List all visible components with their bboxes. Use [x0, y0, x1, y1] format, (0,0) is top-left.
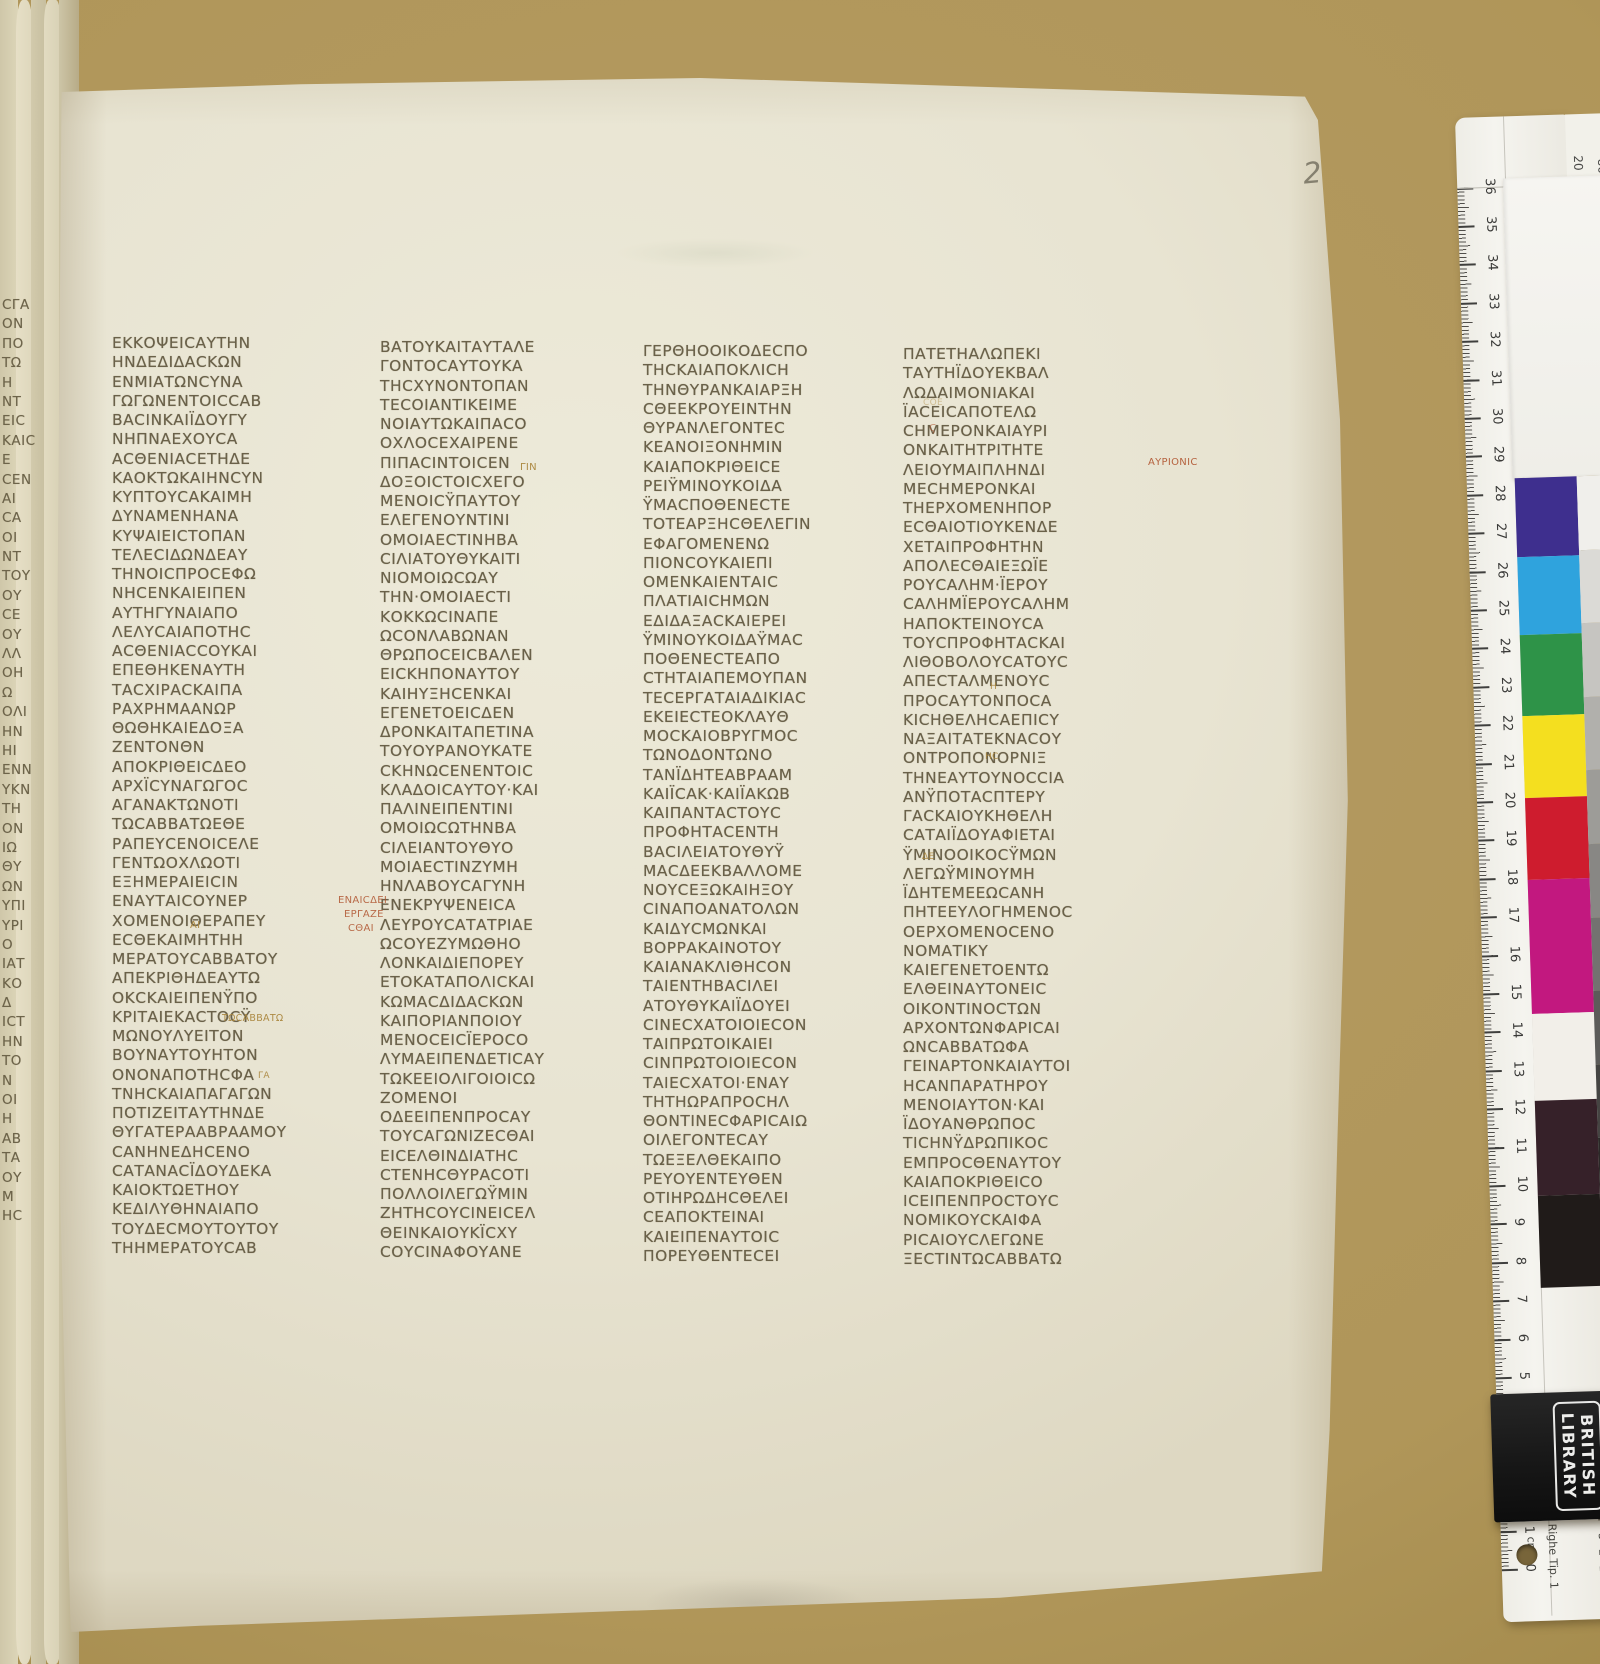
manuscript-text-line: ΩϹΟΝΛΑΒΩΝΑΝ — [380, 627, 642, 646]
manuscript-text-line: ϹΙΝΑΠΟΑΝΑΤΟΛΩΝ — [643, 900, 905, 919]
manuscript-text-line: ΟΜΟΙΩϹΩΤΗΝΒΑ — [380, 819, 642, 838]
righe-scale-number: 2 — [1596, 1549, 1600, 1556]
manuscript-text-line: ΤΟΥϹΑΓΩΝΙΖΕϹΘΑΙ — [380, 1127, 642, 1146]
manuscript-text-line: ΚΥΠΤΟΥϹΑΚΑΙΜΗ — [112, 488, 374, 507]
manuscript-text-line: ΝΟΜΙΚΟΥϹΚΑΙΦΑ — [903, 1211, 1165, 1230]
manuscript-text-line: ΤΑΙΕϹΧΑΤΟΙ·ΕΝΑΥ — [643, 1074, 905, 1093]
manuscript-text-line: ΤΩΚΕΕΙΟΛΙΓΟΙΟΙϹΩ — [380, 1070, 642, 1089]
cm-number: 24 — [1497, 638, 1513, 655]
manuscript-text-line: ΕΚΕΙΕϹΤΕΟΚΛΑΥΘ — [643, 708, 905, 727]
manuscript-text-line: ΕΛΘΕΙΝΑΥΤΟΝΕΙϹ — [903, 980, 1165, 999]
manuscript-text-line: ΒΑΤΟΥΚΑΙΤΑΥΤΑΛΕ — [380, 338, 642, 357]
manuscript-text-line: ΔΡΟΝΚΑΙΤΑΠΕΤΙΝΑ — [380, 723, 642, 742]
cm-number: 21 — [1500, 753, 1516, 770]
facing-page-fragment: ΤΟΥ — [2, 567, 52, 586]
manuscript-text-line: ΤΙϹΗΝΫΔΡΩΠΙΚΟϹ — [903, 1134, 1165, 1153]
facing-page-fragment: ΘΥ — [2, 858, 52, 877]
facing-page-fragment: ΥΠΙ — [2, 897, 52, 916]
facing-page-fragment: ΑΙ — [2, 490, 52, 509]
facing-page-fragment: Ω — [2, 684, 52, 703]
manuscript-text-line: ΕΝΕΚΡΥΨΕΝΕΙϹΑ — [380, 896, 642, 915]
manuscript-text-line: ΕΔΙΔΑΞΑϹΚΑΙΕΡΕΙ — [643, 612, 905, 631]
greyscale-step — [1586, 769, 1600, 844]
manuscript-text-line: ΟΙΚΟΝΤΙΝΟϹΤΩΝ — [903, 1000, 1165, 1019]
cm-number: 9 — [1511, 1218, 1526, 1227]
manuscript-text-line: ΛΟΝΚΑΙΔΙΕΠΟΡΕΥ — [380, 954, 642, 973]
manuscript-text-line: ΤΗΤΗΩΡΑΠΡΟϹΗΛ — [643, 1093, 905, 1112]
manuscript-text-line: ΚΙϹΗΘΕΛΗϹΑΕΠΙϹΥ — [903, 711, 1165, 730]
manuscript-text-line: ΫΜΙΝΟΥΚΟΙΔΑΫΜΑϹ — [643, 631, 905, 650]
facing-page-fragment: Δ — [2, 994, 52, 1013]
facing-page-fragment: ΥΡΙ — [2, 917, 52, 936]
british-library-clip: BRITISH LIBRARY — [1490, 1389, 1600, 1522]
manuscript-text-line: ΕΠΕΘΗΚΕΝΑΥΤΗ — [112, 661, 374, 680]
manuscript-text-line: ϹΟΥϹΙΝΑΦΟΥΑΝΕ — [380, 1243, 642, 1262]
manuscript-text-line: ΡΑΧΡΗΜΑΑΝΩΡ — [112, 700, 374, 719]
marginal-note: ΔΕ — [922, 852, 934, 862]
manuscript-text-line: ΠΗΤΕΕΥΛΟΓΗΜΕΝΟϹ — [903, 903, 1165, 922]
library-label-line: LIBRARY — [1558, 1412, 1580, 1499]
manuscript-text-line: ΤΗΕΡΧΟΜΕΝΗΠΟΡ — [903, 499, 1165, 518]
manuscript-text-line: ϹΑΝΗΝΕΔΗϹΕΝΟ — [112, 1143, 374, 1162]
manuscript-text-line: ΓΟΝΤΟϹΑΥΤΟΥΚΑ — [380, 357, 642, 376]
manuscript-text-line: ΟΕΡΧΟΜΕΝΟϹΕΝΟ — [903, 923, 1165, 942]
cm-number: 6 — [1515, 1333, 1530, 1342]
cm-number: 22 — [1499, 715, 1515, 732]
manuscript-text-line: ΚΑΙΕΓΕΝΕΤΟΕΝΤΩ — [903, 961, 1165, 980]
color-patch — [1535, 1099, 1600, 1196]
manuscript-text-line: ΚΑΙΗΥΞΗϹΕΝΚΑΙ — [380, 685, 642, 704]
manuscript-text-line: ΟΔΕΕΙΠΕΝΠΡΟϹΑΥ — [380, 1108, 642, 1127]
manuscript-text-line: ΠΙΠΑϹΙΝΤΟΙϹΕΝ — [380, 454, 642, 473]
cm-number: 35 — [1483, 216, 1499, 233]
manuscript-text-line: ΓΕΡΘΗΟΟΙΚΟΔΕϹΠΟ — [643, 342, 905, 361]
manuscript-text-line: ΑΡΧΪϹΥΝΑΓΩΓΟϹ — [112, 777, 374, 796]
facing-page-fragment: ΙϹΤ — [2, 1013, 52, 1032]
cm-number: 32 — [1487, 331, 1503, 348]
manuscript-text-line: ΠΑΛΙΝΕΙΠΕΝΤΙΝΙ — [380, 800, 642, 819]
manuscript-text-line: ΕΛΕΓΕΝΟΥΝΤΙΝΙ — [380, 511, 642, 530]
manuscript-text-line: ΤΗΝΕΑΥΤΟΥΝΟϹϹΙΑ — [903, 769, 1165, 788]
manuscript-text-line: ΛΙΘΟΒΟΛΟΥϹΑΤΟΥϹ — [903, 653, 1165, 672]
cm-number: 11 — [1513, 1137, 1529, 1154]
manuscript-text-line: ΤΑΥΤΗΪΔΟΥΕΚΒΑΛ — [903, 364, 1165, 383]
manuscript-text-line: ΕΙϹΕΛΘΙΝΔΙΑΤΗϹ — [380, 1147, 642, 1166]
manuscript-text-line: ΑΡΧΟΝΤΩΝΦΑΡΙϹΑΙ — [903, 1019, 1165, 1038]
manuscript-text-line: ΤΝΗϹΚΑΙΑΠΑΓΑΓΩΝ — [112, 1085, 374, 1104]
manuscript-text-line: ΑΠΕϹΤΑΛΜΕΝΟΥϹ — [903, 672, 1165, 691]
facing-page-fragment: Η — [2, 374, 52, 393]
manuscript-text-line: ΑΝΫΠΟΤΑϹΠΤΕΡΥ — [903, 788, 1165, 807]
manuscript-text-line: ΕΦΑΓΟΜΕΝΕΝΩ — [643, 535, 905, 554]
manuscript-text-line: ΡΕΙΫΜΙΝΟΥΚΟΙΔΑ — [643, 477, 905, 496]
manuscript-text-line: ΝΗϹΕΝΚΑΙΕΙΠΕΝ — [112, 584, 374, 603]
manuscript-text-line: ΗΝΛΑΒΟΥϹΑΓΥΝΗ — [380, 877, 642, 896]
facing-page-fragment: ΙΑΤ — [2, 955, 52, 974]
facing-page-fragment: ΗϹ — [2, 1207, 52, 1226]
manuscript-text-line: ΤΑΙΕΝΤΗΒΑϹΙΛΕΙ — [643, 977, 905, 996]
manuscript-text-line: ΤΩΝΟΔΟΝΤΩΝΟ — [643, 746, 905, 765]
cm-number: 12 — [1511, 1099, 1527, 1116]
manuscript-text-line: ϹΙΝΕϹΧΑΤΟΙΟΙΕϹΟΝ — [643, 1016, 905, 1035]
manuscript-text-line: ΓΑϹΚΑΙΟΥΚΗΘΕΛΗ — [903, 807, 1165, 826]
facing-page-fragment: ΥΚΝ — [2, 781, 52, 800]
manuscript-text-line: ΤΕϹΟΙΑΝΤΙΚΕΙΜΕ — [380, 396, 642, 415]
manuscript-text-line: ΛΕΙΟΥΜΑΙΠΛΗΝΔΙ — [903, 461, 1165, 480]
marginal-note: ΓΑ — [258, 1071, 270, 1081]
manuscript-text-line: ϹΙΛΕΙΑΝΤΟΥΘΥΟ — [380, 839, 642, 858]
facing-page-fragment: ΙΩ — [2, 839, 52, 858]
facing-page-fragment: ΚΟ — [2, 975, 52, 994]
manuscript-text-line: ΜΕΡΑΤΟΥϹΑΒΒΑΤΟΥ — [112, 950, 374, 969]
manuscript-text-line: ΕΝΑΥΤΑΙϹΟΥΝΕΡ — [112, 892, 374, 911]
cm-number: 19 — [1503, 830, 1519, 847]
righe-scale-number: 3 — [1596, 1533, 1600, 1540]
manuscript-text-line: ΖΕΝΤΟΝΘΝ — [112, 738, 374, 757]
facing-page-fragment: ΤΑ — [2, 1149, 52, 1168]
text-column-1: ΕΚΚΟΨΕΙϹΑΥΤΗΝΗΝΔΕΔΙΔΑϹΚΩΝΕΝΜΙΑΤΩΝϹΥΝΑΓΩΓ… — [112, 334, 374, 1258]
manuscript-text-line: ΕΝΜΙΑΤΩΝϹΥΝΑ — [112, 373, 374, 392]
manuscript-text-line: ΘΕΙΝΚΑΙΟΥΚΪϹΧΥ — [380, 1224, 642, 1243]
manuscript-text-line: ΤΟΥΔΕϹΜΟΥΤΟΥΤΟΥ — [112, 1220, 374, 1239]
greyscale-step — [1579, 548, 1600, 623]
manuscript-text-line: ΟΜΕΝΚΑΙΕΝΤΑΙϹ — [643, 573, 905, 592]
manuscript-text-line: ΠΙΟΝϹΟΥΚΑΙΕΠΙ — [643, 554, 905, 573]
facing-page-fragment: Μ — [2, 1188, 52, 1207]
manuscript-text-line: ϹΚΗΝΩϹΕΝΕΝΤΟΙϹ — [380, 762, 642, 781]
manuscript-text-line: ΕϹΘΑΙΟΤΙΟΥΚΕΝΔΕ — [903, 518, 1165, 537]
facing-page-fragment: ΟΝ — [2, 820, 52, 839]
manuscript-text-line: ΒΟΡΡΑΚΑΙΝΟΤΟΥ — [643, 939, 905, 958]
cm-number: 23 — [1498, 676, 1514, 693]
color-patch — [1528, 878, 1594, 1014]
manuscript-text-line: ϹΙΝΠΡΩΤΟΙΟΙΕϹΟΝ — [643, 1054, 905, 1073]
cm-number: 28 — [1492, 485, 1508, 502]
manuscript-text-line: ϹΘΕΕΚΡΟΥΕΙΝΤΗΝ — [643, 400, 905, 419]
manuscript-text-line: ΚΑΙΑΠΟΚΡΙΘΕΙϹΕ — [643, 458, 905, 477]
facing-page-fragment: ΟΗ — [2, 664, 52, 683]
greyscale-step — [1584, 696, 1600, 771]
greyscale-step — [1577, 475, 1600, 550]
marginal-note: ΑΥΡΙΟΝΙϹ — [1148, 457, 1198, 468]
manuscript-text-line: ΚΑΙΑΠΟΚΡΙΘΕΙϹΟ — [903, 1173, 1165, 1192]
manuscript-text-line: ΘΥΓΑΤΕΡΑΑΒΡΑΑΜΟΥ — [112, 1123, 374, 1142]
manuscript-text-line: ΝΟΙΑΥΤΩΚΑΙΠΑϹΟ — [380, 415, 642, 434]
manuscript-text-line: ΠΡΟΦΗΤΑϹΕΝΤΗ — [643, 823, 905, 842]
cm-number: 25 — [1495, 600, 1511, 617]
manuscript-text-line: ΔΟΞΟΙϹΤΟΙϹΧΕΓΟ — [380, 473, 642, 492]
manuscript-text-line: ϹΗΜΕΡΟΝΚΑΙΑΥΡΙ — [903, 422, 1165, 441]
cm-number: 1 — [1521, 1525, 1536, 1534]
manuscript-text-line: ΟΝΤΡΟΠΟΝΟΡΝΙΞ — [903, 749, 1165, 768]
cm-number: 31 — [1488, 369, 1504, 386]
manuscript-text-line: ΘΥΡΑΝΛΕΓΟΝΤΕϹ — [643, 419, 905, 438]
manuscript-text-line: ϹΕΑΠΟΚΤΕΙΝΑΙ — [643, 1208, 905, 1227]
manuscript-text-line: ΟΤΙΗΡΩΔΗϹΘΕΛΕΙ — [643, 1189, 905, 1208]
color-patch — [1532, 1012, 1597, 1101]
facing-page-fragment: ϹΓΑ — [2, 296, 52, 315]
facing-page-fragment: ΝΤ — [2, 548, 52, 567]
manuscript-text-line: ΠΟΛΛΟΙΛΕΓΩΫΜΙΝ — [380, 1185, 642, 1204]
folio-number: 239 — [1302, 151, 1366, 190]
facing-page-fragment: ΗΝ — [2, 723, 52, 742]
facing-page-fragment: ΤΗ — [2, 800, 52, 819]
facing-page-fragment: ΟΙ — [2, 1091, 52, 1110]
manuscript-text-line: ΜΑϹΔΕΕΚΒΑΛΛΟΜΕ — [643, 862, 905, 881]
facing-page-fragment: ΟΝ — [2, 315, 52, 334]
cm-number: 13 — [1510, 1060, 1526, 1077]
manuscript-text-line: ΟΙΛΕΓΟΝΤΕϹΑΥ — [643, 1131, 905, 1150]
facing-page-fragment: ΕΙϹ — [2, 412, 52, 431]
facing-page-fragment: ΛΛ — [2, 645, 52, 664]
facing-page-fragment: ΠΟ — [2, 335, 52, 354]
manuscript-text-line: ΛΕΥΡΟΥϹΑΤΑΤΡΙΑΕ — [380, 916, 642, 935]
cm-number: 8 — [1512, 1256, 1527, 1265]
manuscript-text-line: ΔΥΝΑΜΕΝΗΑΝΑ — [112, 507, 374, 526]
manuscript-text-line: ΚΥΨΑΙΕΙϹΤΟΠΑΝ — [112, 527, 374, 546]
righe-scale-label: Righe Tip. 1 — [1545, 1523, 1560, 1589]
manuscript-text-line: ΚΑΙΑΝΑΚΛΙΘΗϹΟΝ — [643, 958, 905, 977]
manuscript-text-line: ΜΕΝΟϹΕΙϹΪΕΡΟϹΟ — [380, 1031, 642, 1050]
manuscript-text-line: ΗϹΑΝΠΑΡΑΤΗΡΟΥ — [903, 1077, 1165, 1096]
cm-number: 10 — [1514, 1175, 1530, 1192]
manuscript-text-line: ΟΚϹΚΑΙΕΙΠΕΝΫΠΟ — [112, 989, 374, 1008]
manuscript-text-line: ΑΓΑΝΑΚΤΩΝΟΤΙ — [112, 796, 374, 815]
manuscript-text-line: ΤΕΛΕϹΙΔΩΝΔΕΑΥ — [112, 546, 374, 565]
manuscript-text-line: ΕϹΘΕΚΑΙΜΗΤΗΗ — [112, 931, 374, 950]
manuscript-text-line: ΡΑΠΕΥϹΕΝΟΙϹΕΛΕ — [112, 835, 374, 854]
manuscript-text-line: ΤΗΗΜΕΡΑΤΟΥϹΑΒ — [112, 1239, 374, 1258]
facing-page-fragment: ΗΙ — [2, 742, 52, 761]
manuscript-text-line: ΑϹΘΕΝΙΑϹΕΤΗΔΕ — [112, 450, 374, 469]
color-patch — [1520, 633, 1585, 716]
facing-page-fragment: ϹΕΝ — [2, 471, 52, 490]
manuscript-text-line: ϹΤΗΤΑΙΑΠΕΜΟΥΠΑΝ — [643, 669, 905, 688]
manuscript-text-line: ΒΑϹΙΛΕΙΑΤΟΥΘΥΫ — [643, 843, 905, 862]
manuscript-text-line: ΜΟΙΑΕϹΤΙΝΖΥΜΗ — [380, 858, 642, 877]
facing-page-fragment: ΝΤ — [2, 393, 52, 412]
cm-number: 15 — [1508, 983, 1524, 1000]
manuscript-text-line: ΟΜΟΙΑΕϹΤΙΝΗΒΑ — [380, 531, 642, 550]
facing-page-fragment: Ε — [2, 451, 52, 470]
manuscript-text-line: ΚΕΑΝΟΙΞΟΝΗΜΙΝ — [643, 438, 905, 457]
manuscript-text-line: ϹΑΛΗΜΪΕΡΟΥϹΑΛΗΜ — [903, 595, 1165, 614]
manuscript-text-line: ΕΙϹΚΗΠΟΝΑΥΤΟΥ — [380, 665, 642, 684]
facing-page-fragment: Ο — [2, 936, 52, 955]
top-scale-number: 20 — [1571, 155, 1585, 171]
manuscript-text-line: ΠΡΟϹΑΥΤΟΝΠΟϹΑ — [903, 692, 1165, 711]
manuscript-text-line: ΧΟΜΕΝΟΙΘΕΡΑΠΕΥ — [112, 912, 374, 931]
facing-page-fragment: Ν — [2, 1072, 52, 1091]
facing-page-fragment: ΟΛΙ — [2, 703, 52, 722]
manuscript-text-line: ΟΝΟΝΑΠΟΤΗϹΦΑ — [112, 1066, 374, 1085]
color-patch — [1525, 796, 1590, 880]
manuscript-text-line: ΤΗΝΘΥΡΑΝΚΑΙΑΡΞΗ — [643, 381, 905, 400]
facing-page-fragment: Η — [2, 1110, 52, 1129]
british-library-label: BRITISH LIBRARY — [1553, 1401, 1600, 1511]
facing-page-fragment: ΑΒ — [2, 1130, 52, 1149]
manuscript-text-line: ΕΞΗΜΕΡΑΙΕΙϹΙΝ — [112, 873, 374, 892]
manuscript-text-line: ϹΑΤΑΝΑϹΪΔΟΥΔΕΚΑ — [112, 1162, 374, 1181]
manuscript-text-line: ΤΗϹΧΥΝΟΝΤΟΠΑΝ — [380, 377, 642, 396]
text-column-2: ΒΑΤΟΥΚΑΙΤΑΥΤΑΛΕΓΟΝΤΟϹΑΥΤΟΥΚΑΤΗϹΧΥΝΟΝΤΟΠΑ… — [380, 338, 642, 1262]
marginal-note: ΕΡΓΑΖΕ — [344, 909, 384, 920]
cm-number: 26 — [1494, 561, 1510, 578]
marginal-note: ΕΝΑΙϹΔΕΙ — [338, 895, 387, 906]
facing-page-fragment: ΤΟ — [2, 1052, 52, 1071]
manuscript-text-line: ΘΩΘΗΚΑΙΕΔΟΞΑ — [112, 719, 374, 738]
color-patch — [1522, 714, 1587, 798]
manuscript-text-line: ΟΧΛΟϹΕΧΑΙΡΕΝΕ — [380, 434, 642, 453]
manuscript-text-line: ΖΟΜΕΝΟΙ — [380, 1089, 642, 1108]
facing-page-fragment: ΟΥ — [2, 1169, 52, 1188]
facing-page-text-fragments: ϹΓΑΟΝΠΟΤΩΗΝΤΕΙϹΚΑΙϹΕϹΕΝΑΙϹΑΟΙΝΤΤΟΥΟΥϹΕΟΥ… — [2, 296, 52, 1227]
manuscript-text-line: ΠΟΘΕΝΕϹΤΕΑΠΟ — [643, 650, 905, 669]
facing-page-fragment: ϹΕ — [2, 606, 52, 625]
manuscript-text-line: ΠΛΑΤΙΑΙϹΗΜΩΝ — [643, 592, 905, 611]
manuscript-text-line: ΚΑΟΚΤΩΚΑΙΗΝϹΥΝ — [112, 469, 374, 488]
marginal-note: ΗϹ — [985, 752, 999, 762]
manuscript-text-line: ΡΙϹΑΙΟΥϹΛΕΓΩΝΕ — [903, 1231, 1165, 1250]
manuscript-text-line: ΤΑΝΪΔΗΤΕΑΒΡΑΑΜ — [643, 766, 905, 785]
manuscript-text-line: ΜΕϹΗΜΕΡΟΝΚΑΙ — [903, 480, 1165, 499]
cm-number: 18 — [1504, 868, 1520, 885]
manuscript-text-line: ΒΟΥΝΑΥΤΟΥΗΤΟΝ — [112, 1046, 374, 1065]
manuscript-text-line: ΚΑΙΔΥϹΜΩΝΚΑΙ — [643, 920, 905, 939]
manuscript-text-line: ΑΥΤΗΓΥΝΑΙΑΠΟ — [112, 604, 374, 623]
manuscript-text-line: ΩϹΟΥΕΖΥΜΩΘΗΟ — [380, 935, 642, 954]
marginal-note: ϹΟΕ — [923, 398, 943, 408]
manuscript-text-line: ΠΑΤΕΤΗΑΛΩΠΕΚΙ — [903, 345, 1165, 364]
marginal-note: ΑΙ — [190, 920, 200, 931]
manuscript-text-line: ΟΝΚΑΙΤΗΤΡΙΤΗΤΕ — [903, 441, 1165, 460]
cm-number: 29 — [1490, 446, 1506, 463]
manuscript-text-line: ΚΟΚΚΩϹΙΝΑΠΕ — [380, 608, 642, 627]
manuscript-text-line: ΫΜΑϹΠΟΘΕΝΕϹΤΕ — [643, 496, 905, 515]
color-calibration-ruler: 0123456789101112131415161718192021222324… — [1455, 113, 1600, 1623]
manuscript-text-line: ΤΗΝ·ΟΜΟΙΑΕϹΤΙ — [380, 588, 642, 607]
facing-page-fragment: ΩΝ — [2, 878, 52, 897]
manuscript-text-line: ΓΩΓΩΝΕΝΤΟΙϹϹΑΒ — [112, 392, 374, 411]
color-patch — [1538, 1194, 1600, 1288]
manuscript-text-line: ΞΕϹΤΙΝΤΩϹΑΒΒΑΤΩ — [903, 1250, 1165, 1269]
cm-number: 14 — [1509, 1022, 1525, 1039]
cm-number: 27 — [1493, 523, 1509, 540]
cm-number: 34 — [1484, 254, 1500, 271]
manuscript-text-line: ΪΔΗΤΕΜΕΕΩϹΑΝΗ — [903, 884, 1165, 903]
manuscript-text-line: ΤΟΥΟΥΡΑΝΟΥΚΑΤΕ — [380, 742, 642, 761]
manuscript-text-line: ΑΠΟΛΕϹΘΑΙΕΞΩΪΕ — [903, 557, 1165, 576]
manuscript-text-line: ΓΕΝΤΩΟΧΛΩΟΤΙ — [112, 854, 374, 873]
cm-number: 16 — [1507, 945, 1523, 962]
manuscript-text-line: ΝΟΜΑΤΙΚΥ — [903, 942, 1165, 961]
manuscript-text-line: ΕΚΚΟΨΕΙϹΑΥΤΗΝ — [112, 334, 374, 353]
manuscript-text-line: ΛΕΛΥϹΑΙΑΠΟΤΗϹ — [112, 623, 374, 642]
manuscript-text-line: ΝΗΠΝΑΕΧΟΥϹΑ — [112, 430, 374, 449]
manuscript-text-line: ΫΜΙΝΟΟΙΚΟϹΫΜΩΝ — [903, 846, 1165, 865]
cm-number: 5 — [1516, 1372, 1531, 1381]
manuscript-text-line: ΤΕϹΕΡΓΑΤΑΙΑΔΙΚΙΑϹ — [643, 689, 905, 708]
facing-page-fragment: ΤΩ — [2, 354, 52, 373]
manuscript-text-line: ΝΙΟΜΟΙΩϹΩΑΥ — [380, 569, 642, 588]
manuscript-text-line: ΚΑΙΪϹΑΚ·ΚΑΙΪΑΚΩΒ — [643, 785, 905, 804]
text-column-3: ΓΕΡΘΗΟΟΙΚΟΔΕϹΠΟΤΗϹΚΑΙΑΠΟΚΛΙϹΗΤΗΝΘΥΡΑΝΚΑΙ… — [643, 342, 905, 1266]
facing-page-fragment: ΚΑΙϹ — [2, 432, 52, 451]
parchment-smudge — [645, 1578, 865, 1628]
manuscript-text-line: ΛΥΜΑΕΙΠΕΝΔΕΤΙϹΑΥ — [380, 1050, 642, 1069]
parchment-smudge — [615, 238, 815, 268]
text-column-4: ΠΑΤΕΤΗΑΛΩΠΕΚΙΤΑΥΤΗΪΔΟΥΕΚΒΑΛΛΩΔΑΙΜΟΝΙΑΚΑΙ… — [903, 345, 1165, 1269]
manuscript-text-line: ϹΑΤΑΙΪΔΟΥΑΦΙΕΤΑΙ — [903, 826, 1165, 845]
greyscale-step — [1591, 916, 1600, 991]
marginal-note: Η — [990, 682, 997, 692]
top-scale-number: 80 — [1595, 158, 1600, 174]
cm-number: 17 — [1505, 907, 1521, 924]
facing-page-fragment: ΗΝ — [2, 1033, 52, 1052]
manuscript-text-line: ΑΠΕΚΡΙΘΗΔΕΑΥΤΩ — [112, 969, 374, 988]
manuscript-text-line: ΑΤΟΥΘΥΚΑΙΪΔΟΥΕΙ — [643, 997, 905, 1016]
manuscript-text-line: ΤΩΕΞΕΛΘΕΚΑΙΠΟ — [643, 1151, 905, 1170]
cm-number: 7 — [1514, 1295, 1529, 1304]
manuscript-text-line: ΤΟΤΕΑΡΞΗϹΘΕΛΕΓΙΝ — [643, 515, 905, 534]
marginal-note: ϹΘΑΙ — [348, 923, 374, 934]
manuscript-text-line: ΚΑΙΠΟΡΙΑΝΠΟΙΟΥ — [380, 1012, 642, 1031]
manuscript-text-line: ΜΟϹΚΑΙΟΒΡΥΓΜΟϹ — [643, 727, 905, 746]
manuscript-text-line: ΝΑΞΑΙΤΑΤΕΚΝΑϹΟΥ — [903, 730, 1165, 749]
facing-page-fragment: ΟΥ — [2, 626, 52, 645]
manuscript-text-line: ϹΙΛΙΑΤΟΥΘΥΚΑΙΤΙ — [380, 550, 642, 569]
facing-page-fragment: ΟΥ — [2, 587, 52, 606]
manuscript-text-line: ΑϹΘΕΝΙΑϹϹΟΥΚΑΙ — [112, 642, 374, 661]
manuscript-text-line: ΠΟΡΕΥΘΕΝΤΕϹΕΙ — [643, 1247, 905, 1266]
manuscript-text-line: ΡΕΥΟΥΕΝΤΕΥΘΕΝ — [643, 1170, 905, 1189]
color-patch — [1515, 476, 1580, 557]
manuscript-page: 239 ΕΚΚΟΨΕΙϹΑΥΤΗΝΗΝΔΕΔΙΔΑϹΚΩΝΕΝΜΙΑΤΩΝϹΥΝ… — [55, 78, 1353, 1632]
manuscript-text-line: ΤΗΝΟΙϹΠΡΟϹΕΦΩ — [112, 565, 374, 584]
manuscript-text-line: ΤΟΥϹΠΡΟΦΗΤΑϹΚΑΙ — [903, 634, 1165, 653]
manuscript-text-line: ΤΑΙΠΡΩΤΟΙΚΑΙΕΙ — [643, 1035, 905, 1054]
cm-number: 20 — [1502, 792, 1518, 809]
marginal-note: ΓΙΝ — [520, 462, 537, 473]
manuscript-text-line: ΒΑϹΙΝΚΑΙΪΔΟΥΓΥ — [112, 411, 374, 430]
manuscript-text-line: ΚΑΙΕΙΠΕΝΑΥΤΟΙϹ — [643, 1228, 905, 1247]
greyscale-step — [1581, 622, 1600, 697]
manuscript-text-line: ΪΔΟΥΑΝΘΡΩΠΟϹ — [903, 1115, 1165, 1134]
manuscript-text-line: ΙϹΕΙΠΕΝΠΡΟϹΤΟΥϹ — [903, 1192, 1165, 1211]
manuscript-text-line: ΚΕΔΙΛΥΘΗΝΑΙΑΠΟ — [112, 1200, 374, 1219]
manuscript-text-line: ΕΜΠΡΟϹΘΕΝΑΥΤΟΥ — [903, 1154, 1165, 1173]
manuscript-text-line: ΠΟΤΙΖΕΙΤΑΥΤΗΝΔΕ — [112, 1104, 374, 1123]
manuscript-text-line: ΚΑΙΠΑΝΤΑϹΤΟΥϹ — [643, 804, 905, 823]
manuscript-text-line: ΝΟΥϹΕΞΩΚΑΙΗΞΟΥ — [643, 881, 905, 900]
manuscript-text-line: ΜΕΝΟΙΑΥΤΟΝ·ΚΑΙ — [903, 1096, 1165, 1115]
manuscript-text-line: ΤΑϹΧΙΡΑϹΚΑΙΠΑ — [112, 681, 374, 700]
manuscript-text-line: ΧΕΤΑΙΠΡΟΦΗΤΗΝ — [903, 538, 1165, 557]
manuscript-text-line: ΑΠΟΚΡΙΘΕΙϹΔΕΟ — [112, 758, 374, 777]
manuscript-text-line: ΚΛΑΔΟΙϹΑΥΤΟΥ·ΚΑΙ — [380, 781, 642, 800]
cm-number: 30 — [1489, 408, 1505, 425]
white-reference-card — [1503, 175, 1600, 479]
color-patch — [1517, 555, 1581, 635]
manuscript-text-line: ΤΩϹΑΒΒΑΤΩΕΘΕ — [112, 815, 374, 834]
manuscript-text-line: ΕΤΟΚΑΤΑΠΟΛΙϹΚΑΙ — [380, 973, 642, 992]
greyscale-step — [1589, 843, 1600, 918]
manuscript-text-line: ΩΝϹΑΒΒΑΤΩΦΑ — [903, 1038, 1165, 1057]
manuscript-text-line: ΖΗΤΗϹΟΥϹΙΝΕΙϹΕΛ — [380, 1204, 642, 1223]
manuscript-text-line: ΤΗϹΚΑΙΑΠΟΚΛΙϹΗ — [643, 361, 905, 380]
manuscript-text-line: ΡΟΥϹΑΛΗΜ·ΪΕΡΟΥ — [903, 576, 1165, 595]
marginal-note: ϛ — [929, 420, 936, 434]
